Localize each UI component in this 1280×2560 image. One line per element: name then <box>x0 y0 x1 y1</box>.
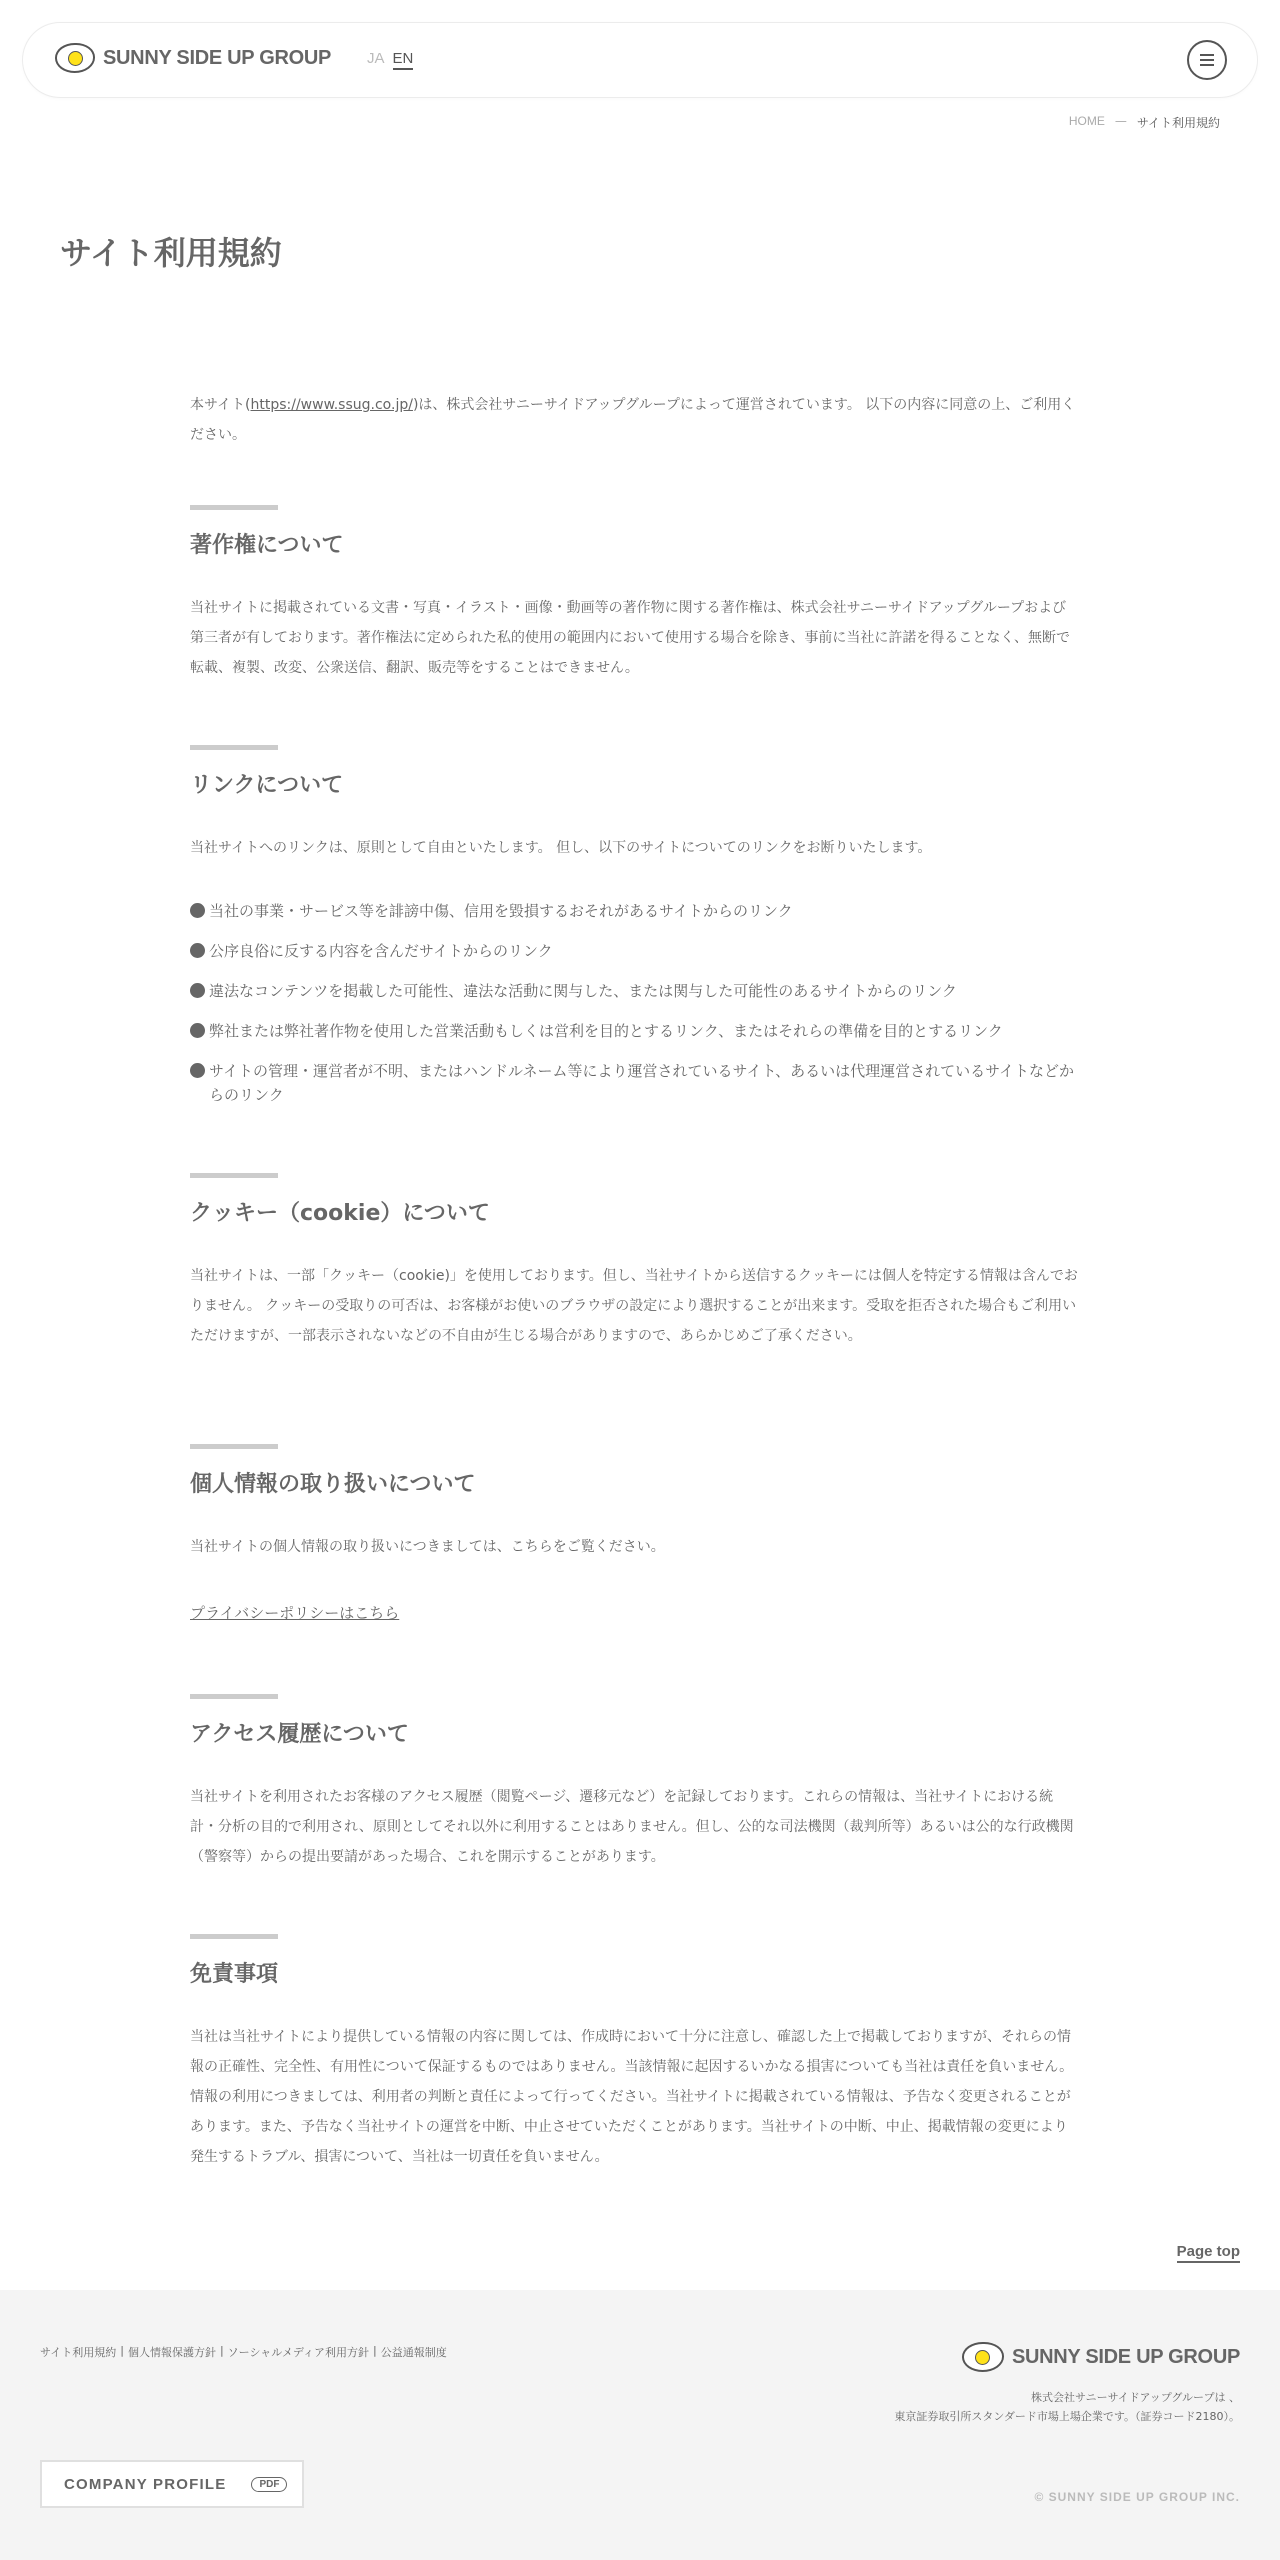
section-body: 当社サイトの個人情報の取り扱いにつきましては、こちらをご覧ください。 <box>190 1532 1080 1562</box>
section-title: アクセス履歴について <box>190 1717 1080 1748</box>
bullet-icon <box>190 943 205 958</box>
section-body: 当社は当社サイトにより提供している情報の内容に関しては、作成時において十分に注意… <box>190 2022 1080 2172</box>
section-divider <box>190 745 278 750</box>
page-title: サイト利用規約 <box>60 228 282 274</box>
bullet-icon <box>190 1063 205 1078</box>
section-divider <box>190 505 278 510</box>
bullet-icon <box>190 983 205 998</box>
footer-link-privacy[interactable]: 個人情報保護方針 <box>128 2344 216 2360</box>
section-title: 個人情報の取り扱いについて <box>190 1467 1080 1498</box>
company-profile-button[interactable]: COMPANY PROFILE PDF <box>40 2460 304 2508</box>
section-body: 当社サイトを利用されたお客様のアクセス履歴（閲覧ページ、遷移元など）を記録してお… <box>190 1782 1080 1872</box>
footer-links: サイト利用規約 | 個人情報保護方針 | ソーシャルメディア利用方針 | 公益通… <box>40 2344 447 2360</box>
restricted-links-list: 当社の事業・サービス等を誹謗中傷、信用を毀損するおそれがあるサイトからのリンク … <box>190 899 1080 1107</box>
breadcrumb-separator: — <box>1115 114 1127 131</box>
section-links: リンクについて 当社サイトへのリンクは、原則として自由といたします。 但し、以下… <box>190 745 1080 1123</box>
bullet-icon <box>190 903 205 918</box>
section-disclaimer: 免責事項 当社は当社サイトにより提供している情報の内容に関しては、作成時において… <box>190 1934 1080 2172</box>
section-divider <box>190 1694 278 1699</box>
section-title: 免責事項 <box>190 1957 1080 1988</box>
section-title: リンクについて <box>190 768 1080 799</box>
egg-logo-icon <box>962 2342 1004 2372</box>
listing-note: 株式会社サニーサイドアップグループは 、 東京証券取引所スタンダード市場上場企業… <box>894 2388 1240 2426</box>
footer-link-social-media[interactable]: ソーシャルメディア利用方針 <box>228 2344 369 2360</box>
breadcrumb-home[interactable]: HOME <box>1069 114 1105 131</box>
list-item: 違法なコンテンツを掲載した可能性、違法な活動に関与した、または関与した可能性のあ… <box>190 979 1080 1003</box>
section-title: クッキー（cookie）について <box>190 1196 1080 1227</box>
section-divider <box>190 1444 278 1449</box>
privacy-policy-link[interactable]: プライバシーポリシーはこちら <box>190 1604 399 1622</box>
list-item: 公序良俗に反する内容を含んだサイトからのリンク <box>190 939 1080 963</box>
lang-en-link[interactable]: EN <box>393 50 414 70</box>
list-item: サイトの管理・運営者が不明、またはハンドルネーム等により運営されているサイト、あ… <box>190 1059 1080 1107</box>
section-access-log: アクセス履歴について 当社サイトを利用されたお客様のアクセス履歴（閲覧ページ、遷… <box>190 1694 1080 1872</box>
section-copyright: 著作権について 当社サイトに掲載されている文書・写真・イラスト・画像・動画等の著… <box>190 505 1080 683</box>
footer-logo[interactable]: SUNNY SIDE UP GROUP <box>962 2342 1240 2372</box>
language-switcher: JA EN <box>367 50 413 70</box>
section-divider <box>190 1934 278 1939</box>
lang-ja-link[interactable]: JA <box>367 50 385 70</box>
list-item: 当社の事業・サービス等を誹謗中傷、信用を毀損するおそれがあるサイトからのリンク <box>190 899 1080 923</box>
intro: 本サイト(https://www.ssug.co.jp/)は、株式会社サニーサイ… <box>190 390 1080 450</box>
site-footer: サイト利用規約 | 個人情報保護方針 | ソーシャルメディア利用方針 | 公益通… <box>0 2290 1280 2560</box>
section-cookie: クッキー（cookie）について 当社サイトは、一部「クッキー（cookie)」… <box>190 1173 1080 1351</box>
company-profile-label: COMPANY PROFILE <box>64 2476 226 2493</box>
bullet-icon <box>190 1023 205 1038</box>
breadcrumb: HOME — サイト利用規約 <box>1069 114 1220 131</box>
menu-button[interactable] <box>1187 40 1227 80</box>
section-divider <box>190 1173 278 1178</box>
section-body: 当社サイトに掲載されている文書・写真・イラスト・画像・動画等の著作物に関する著作… <box>190 593 1080 683</box>
site-header: SUNNY SIDE UP GROUP JA EN <box>23 23 1257 97</box>
intro-text: 本サイト(https://www.ssug.co.jp/)は、株式会社サニーサイ… <box>190 390 1080 450</box>
section-title: 著作権について <box>190 528 1080 559</box>
footer-link-terms[interactable]: サイト利用規約 <box>40 2344 116 2360</box>
section-body: 当社サイトは、一部「クッキー（cookie)」を使用しております。但し、当社サイ… <box>190 1261 1080 1351</box>
logo-text: SUNNY SIDE UP GROUP <box>103 47 331 70</box>
pdf-badge: PDF <box>251 2477 287 2492</box>
list-item: 弊社または弊社著作物を使用した営業活動もしくは営利を目的とするリンク、またはそれ… <box>190 1019 1080 1043</box>
footer-logo-text: SUNNY SIDE UP GROUP <box>1012 2346 1240 2369</box>
copyright: © SUNNY SIDE UP GROUP INC. <box>1034 2490 1240 2504</box>
footer-link-whistleblowing[interactable]: 公益通報制度 <box>381 2344 447 2360</box>
page-top-link[interactable]: Page top <box>1177 2243 1240 2263</box>
egg-logo-icon <box>55 43 95 73</box>
breadcrumb-current: サイト利用規約 <box>1137 114 1220 131</box>
section-privacy: 個人情報の取り扱いについて 当社サイトの個人情報の取り扱いにつきましては、こちら… <box>190 1444 1080 1623</box>
site-logo[interactable]: SUNNY SIDE UP GROUP <box>55 43 331 73</box>
section-body: 当社サイトへのリンクは、原則として自由といたします。 但し、以下のサイトについて… <box>190 833 1080 863</box>
hamburger-icon <box>1200 54 1214 56</box>
site-url-link[interactable]: https://www.ssug.co.jp/ <box>250 397 412 413</box>
